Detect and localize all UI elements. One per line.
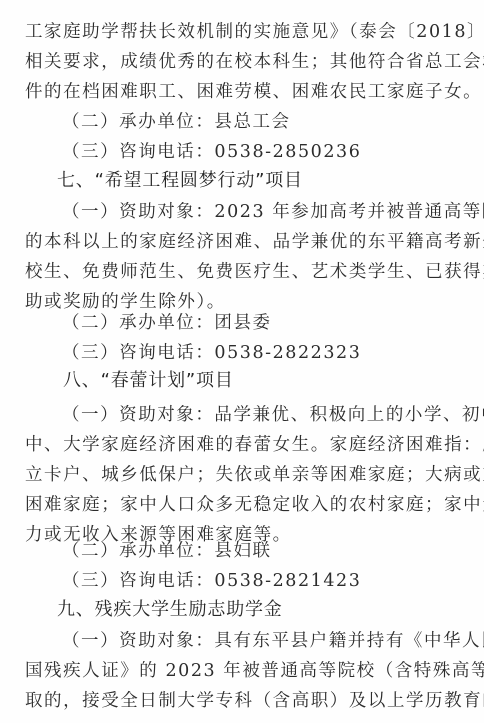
phone-line: （三）咨询电话：0538-2850236 [62, 137, 459, 167]
paragraph-line: 相关要求，成绩优秀的在校本科生；其他符合省总工会救助条 [25, 47, 459, 77]
paragraph-line: 立卡户、城乡低保户；失依或单亲等困难家庭；大病或重残等 [25, 460, 459, 490]
document-page: 工家庭助学帮扶长效机制的实施意见》（泰会〔2018〕15 号） 相关要求，成绩优… [0, 0, 484, 723]
paragraph-line: 困难家庭；家中人口众多无稳定收入的农村家庭；家中无劳动 [25, 490, 459, 520]
paragraph-line: 的本科以上的家庭经济困难、品学兼优的东平籍高考新生（军 [25, 227, 459, 257]
section-heading-8: 八、“春蕾计划”项目 [63, 366, 484, 396]
paragraph-line: 取的，接受全日制大学专科（含高职）及以上学历教育的在校 [25, 686, 459, 716]
section-heading-9: 九、残疾大学生励志助学金 [57, 595, 484, 625]
paragraph-line: 校生、免费师范生、免费医疗生、艺术类学生、已获得其他资 [25, 257, 459, 287]
section-heading-7: 七、“希望工程圆梦行动”项目 [57, 166, 484, 196]
paragraph-line: （一）资助对象：具有东平县户籍并持有《中华人民共和 [62, 626, 459, 656]
paragraph-line: 件的在档困难职工、困难劳模、困难农民工家庭子女。 [25, 77, 459, 107]
phone-line: （三）咨询电话：0538-2822323 [62, 338, 459, 368]
paragraph-line: （一）资助对象：2023 年参加高考并被普通高等院校录取 [62, 197, 459, 227]
paragraph-line: （一）资助对象：品学兼优、积极向上的小学、初中、高 [62, 400, 459, 430]
phone-line: （三）咨询电话：0538-2821423 [62, 566, 459, 596]
organizer-line: （二）承办单位：团县委 [62, 308, 459, 338]
paragraph-line: 工家庭助学帮扶长效机制的实施意见》（泰会〔2018〕15 号） [25, 17, 459, 47]
paragraph-line: 中、大学家庭经济困难的春蕾女生。家庭经济困难指：原建档 [25, 430, 459, 460]
organizer-line: （二）承办单位：县妇联 [62, 536, 459, 566]
organizer-line: （二）承办单位：县总工会 [62, 107, 459, 137]
paragraph-line: 国残疾人证》的 2023 年被普通高等院校（含特殊高等院校）录 [25, 656, 459, 686]
